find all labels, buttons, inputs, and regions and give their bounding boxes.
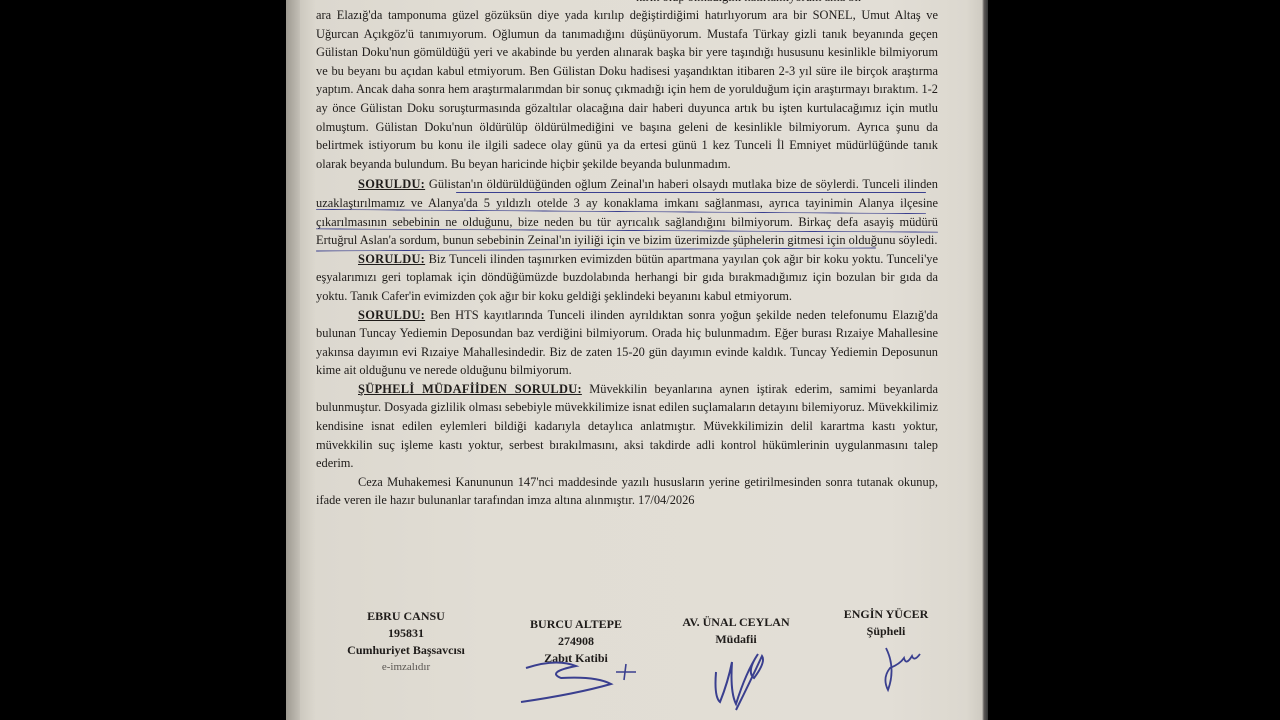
pen-underline	[456, 192, 926, 193]
handwritten-signature-clerk	[516, 658, 656, 708]
question-label: ŞÜPHELİ MÜDAFİİDEN SORULDU:	[358, 382, 582, 396]
signature-block: EBRU CANSU 195831 Cumhuriyet Başsavcısı …	[316, 606, 936, 720]
page-binding-edge	[286, 0, 300, 720]
statement-text: kırık olup olmadığını hatırlamıyorum ama…	[316, 0, 938, 510]
signature-suspect: ENGİN YÜCER Şüpheli	[821, 606, 951, 640]
question-label: SORULDU:	[358, 308, 425, 322]
document-page: kırık olup olmadığını hatırlamıyorum ama…	[286, 0, 988, 720]
paragraph-defense-question: ŞÜPHELİ MÜDAFİİDEN SORULDU: Müvekkilin b…	[316, 380, 938, 473]
question-label: SORULDU:	[358, 252, 425, 266]
paragraph-intro: ara Elazığ'da tamponuma güzel gözüksün d…	[316, 6, 938, 173]
closing-statement: Ceza Muhakemesi Kanununun 147'nci maddes…	[316, 473, 938, 510]
paragraph-question-2: SORULDU: Biz Tunceli ilinden taşınırken …	[316, 250, 938, 306]
e-signature-note: e-imzalıdır	[326, 659, 486, 676]
paragraph-question-3: SORULDU: Ben HTS kayıtlarında Tunceli il…	[316, 306, 938, 380]
handwritten-signature-attorney	[706, 642, 776, 712]
question-label: SORULDU:	[358, 177, 425, 191]
cut-off-line: kırık olup olmadığını hatırlamıyorum ama…	[316, 0, 938, 6]
handwritten-signature-suspect	[876, 638, 926, 698]
signature-prosecutor: EBRU CANSU 195831 Cumhuriyet Başsavcısı …	[326, 608, 486, 676]
paragraph-question-1: SORULDU: Gülistan'ın öldürüldüğünden oğl…	[316, 175, 938, 249]
